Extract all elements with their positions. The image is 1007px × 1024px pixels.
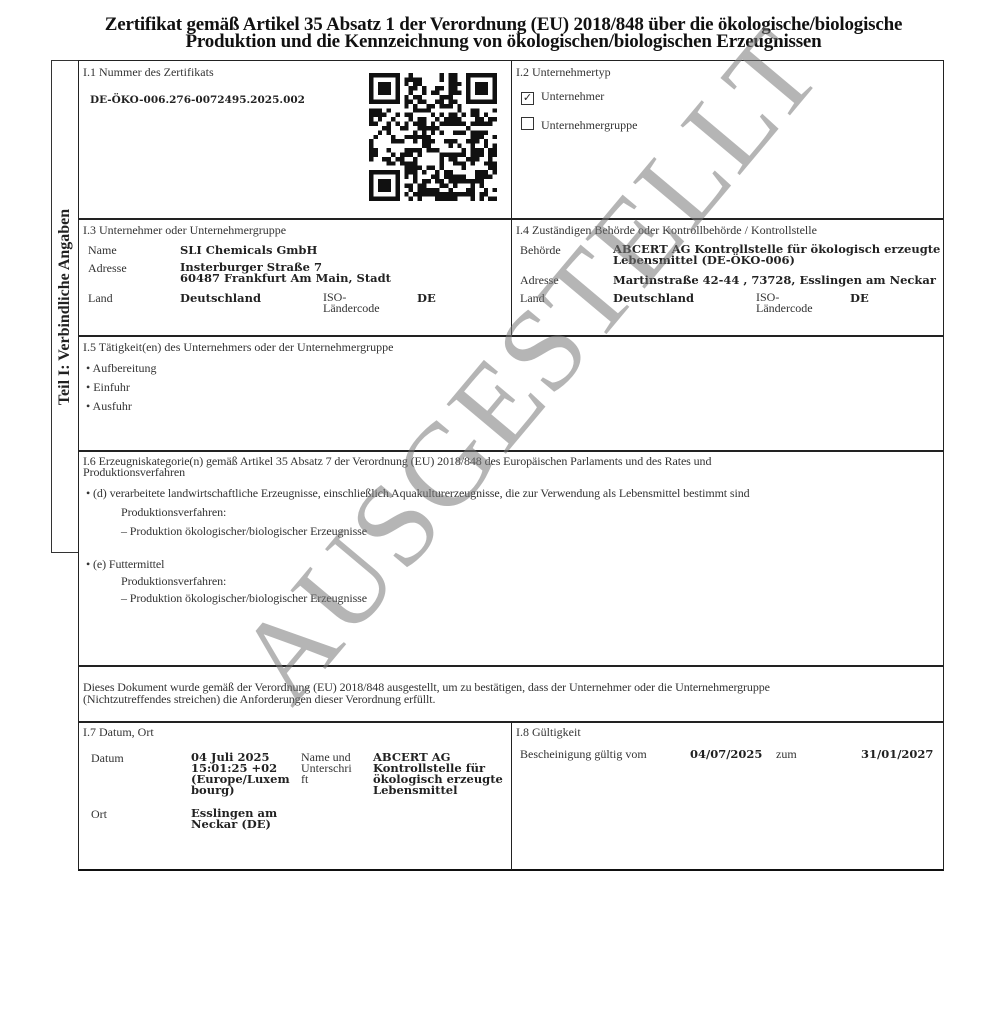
signature-label-line: Unterschri — [301, 763, 352, 774]
signature-label: Name und Unterschri ft — [301, 752, 352, 785]
section-heading: I.4 Zuständigen Behörde oder Kontrollbeh… — [516, 224, 941, 237]
authority-country: Deutschland — [613, 292, 694, 305]
section-heading: I.6 Erzeugniskategorie(n) gemäß Artikel … — [83, 456, 938, 478]
certificate-title: Zertifikat gemäß Artikel 35 Absatz 1 der… — [0, 16, 1007, 50]
name-label: Name — [88, 244, 117, 257]
date-line: bourg) — [191, 785, 290, 796]
part-label-box: Teil I: Verbindliche Angaben — [51, 60, 78, 553]
country-label: Land — [88, 292, 113, 305]
authority-label: Behörde — [520, 244, 561, 257]
part-label: Teil I: Verbindliche Angaben — [56, 208, 74, 404]
checkbox-checked-icon: ✓ — [521, 92, 534, 105]
column-divider — [511, 721, 512, 870]
option-label: Unternehmergruppe — [541, 118, 637, 132]
option-unternehmergruppe: Unternehmergruppe — [521, 117, 936, 132]
statement: Dieses Dokument wurde gemäß der Verordnu… — [83, 681, 938, 705]
address-label: Adresse — [520, 274, 559, 287]
section-i2: I.2 Unternehmertyp ✓Unternehmer Unterneh… — [516, 66, 936, 132]
place-label: Ort — [91, 808, 107, 821]
signature-line: Lebensmittel — [373, 785, 503, 796]
section-i7: I.7 Datum, Ort Datum 04 Juli 2025 15:01:… — [83, 726, 508, 866]
section-heading: I.3 Unternehmer oder Unternehmergruppe — [83, 224, 508, 237]
operator-iso: DE — [417, 292, 436, 305]
operator-country: Deutschland — [180, 292, 261, 305]
iso-label-line-2: Ländercode — [756, 303, 813, 314]
authority-iso: DE — [850, 292, 869, 305]
category-d: • (d) verarbeitete landwirtschaftliche E… — [86, 487, 938, 538]
valid-from-date: 04/07/2025 — [690, 748, 762, 761]
section-heading: I.7 Datum, Ort — [83, 726, 508, 739]
section-i4: I.4 Zuständigen Behörde oder Kontrollbeh… — [516, 224, 941, 332]
activity-item: • Ausfuhr — [86, 400, 933, 413]
section-heading: I.5 Tätigkeit(en) des Unternehmers oder … — [83, 341, 933, 354]
authority-line-2: Lebensmittel (DE-ÖKO-006) — [613, 255, 940, 266]
section-heading: I.8 Gültigkeit — [516, 726, 941, 739]
authority-name: ABCERT AG Kontrollstelle für ökologisch … — [613, 244, 940, 266]
activity-item: • Aufbereitung — [86, 362, 933, 375]
process-label: Produktionsverfahren: — [121, 506, 938, 519]
iso-label-line-2: Ländercode — [323, 303, 380, 314]
process-label: Produktionsverfahren: — [121, 575, 938, 588]
section-i3: I.3 Unternehmer oder Unternehmergruppe N… — [83, 224, 508, 332]
category-e: • (e) Futtermittel Produktionsverfahren:… — [86, 558, 938, 605]
heading-line-1: I.6 Erzeugniskategorie(n) gemäß Artikel … — [83, 456, 938, 467]
place-value: Esslingen am Neckar (DE) — [191, 808, 277, 830]
date-value: 04 Juli 2025 15:01:25 +02 (Europe/Luxem … — [191, 752, 290, 796]
activity-list: • Aufbereitung • Einfuhr • Ausfuhr — [86, 362, 933, 413]
section-i6: I.6 Erzeugniskategorie(n) gemäß Artikel … — [83, 456, 938, 605]
qr-code-icon — [369, 73, 497, 201]
category-name: • (e) Futtermittel — [86, 558, 938, 571]
date-label: Datum — [91, 752, 124, 765]
place-line: Neckar (DE) — [191, 819, 277, 830]
process-item: – Produktion ökologischer/biologischer E… — [121, 592, 938, 605]
process-item: – Produktion ökologischer/biologischer E… — [121, 525, 938, 538]
title-line-2: Produktion und die Kennzeichnung von öko… — [0, 33, 1007, 50]
option-unternehmer: ✓Unternehmer — [521, 90, 936, 105]
heading-line-2: Produktionsverfahren — [83, 467, 938, 478]
valid-from-label: Bescheinigung gültig vom — [520, 748, 647, 761]
category-name: • (d) verarbeitete landwirtschaftliche E… — [86, 487, 938, 500]
authority-address: Martinstraße 42-44 , 73728, Esslingen am… — [613, 274, 936, 287]
operator-name: SLI Chemicals GmbH — [180, 244, 317, 257]
certificate-table: I.1 Nummer des Zertifikats DE-ÖKO-006.27… — [78, 60, 944, 871]
row-divider — [79, 665, 943, 667]
operator-address: Insterburger Straße 7 60487 Frankfurt Am… — [180, 262, 391, 284]
option-label: Unternehmer — [541, 89, 604, 103]
column-divider — [511, 61, 512, 335]
iso-label: ISO- Ländercode — [756, 292, 813, 314]
activity-item: • Einfuhr — [86, 381, 933, 394]
signature-value: ABCERT AG Kontrollstelle für ökologisch … — [373, 752, 503, 796]
address-label: Adresse — [88, 262, 127, 275]
section-i5: I.5 Tätigkeit(en) des Unternehmers oder … — [83, 341, 933, 419]
row-divider — [79, 450, 943, 452]
section-heading: I.2 Unternehmertyp — [516, 66, 936, 79]
valid-to-date: 31/01/2027 — [861, 748, 933, 761]
valid-to-label: zum — [776, 748, 797, 761]
section-i8: I.8 Gültigkeit Bescheinigung gültig vom … — [516, 726, 941, 866]
address-line-2: 60487 Frankfurt Am Main, Stadt — [180, 273, 391, 284]
checkbox-unchecked-icon — [521, 117, 534, 130]
row-divider — [79, 335, 943, 337]
iso-label: ISO- Ländercode — [323, 292, 380, 314]
country-label: Land — [520, 292, 545, 305]
signature-label-line: ft — [301, 774, 352, 785]
statement-line-2: (Nichtzutreffendes streichen) die Anford… — [83, 693, 938, 705]
